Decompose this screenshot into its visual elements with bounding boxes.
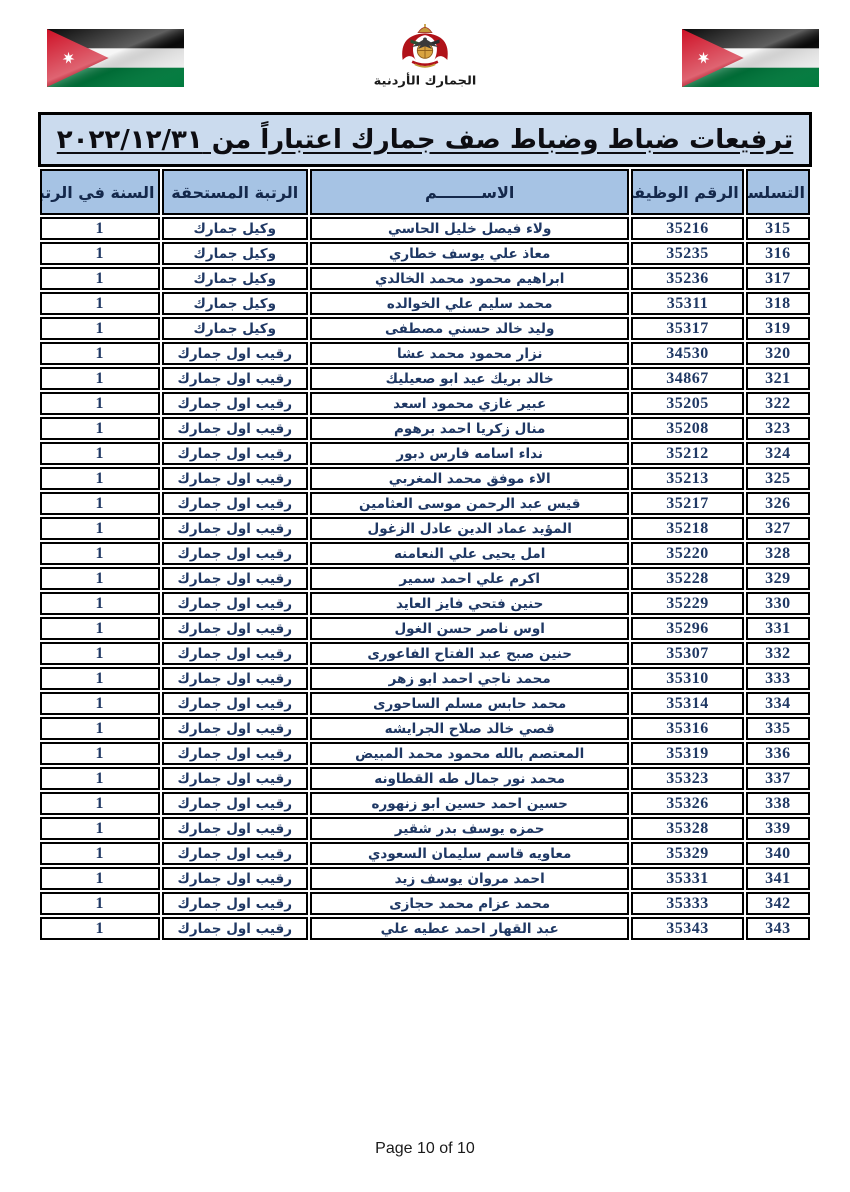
cell-serial: 333: [746, 667, 810, 690]
cell-name: ابراهيم محمود محمد الخالدي: [310, 267, 629, 290]
cell-year-in-rank: 1: [40, 867, 160, 890]
cell-rank: رقيب اول جمارك: [162, 842, 309, 865]
coat-of-arms-icon: [382, 24, 468, 72]
cell-serial: 316: [746, 242, 810, 265]
cell-rank: رقيب اول جمارك: [162, 467, 309, 490]
cell-serial: 321: [746, 367, 810, 390]
cell-employee-no: 35333: [631, 892, 743, 915]
cell-rank: رقيب اول جمارك: [162, 592, 309, 615]
cell-rank: رقيب اول جمارك: [162, 642, 309, 665]
cell-name: حمزه يوسف بدر شقير: [310, 817, 629, 840]
cell-rank: رقيب اول جمارك: [162, 342, 309, 365]
jordan-flag-right-icon: [682, 29, 819, 87]
cell-name: اكرم علي احمد سمير: [310, 567, 629, 590]
document-title: ترفيعات ضباط وضباط صف جمارك اعتباراً من …: [57, 127, 793, 153]
cell-rank: رقيب اول جمارك: [162, 867, 309, 890]
cell-name: قيس عبد الرحمن موسى العثامين: [310, 492, 629, 515]
table-row: 32034530نزار محمود محمد عشارقيب اول جمار…: [40, 342, 810, 365]
cell-year-in-rank: 1: [40, 417, 160, 440]
cell-employee-no: 35208: [631, 417, 743, 440]
cell-year-in-rank: 1: [40, 517, 160, 540]
cell-employee-no: 35316: [631, 717, 743, 740]
cell-employee-no: 35307: [631, 642, 743, 665]
cell-serial: 320: [746, 342, 810, 365]
table-row: 34235333محمد عزام محمد حجازىرقيب اول جما…: [40, 892, 810, 915]
cell-year-in-rank: 1: [40, 267, 160, 290]
cell-year-in-rank: 1: [40, 392, 160, 415]
cell-rank: رقيب اول جمارك: [162, 717, 309, 740]
cell-rank: وكيل جمارك: [162, 317, 309, 340]
cell-employee-no: 35343: [631, 917, 743, 940]
cell-year-in-rank: 1: [40, 342, 160, 365]
table-row: 33335310محمد ناجي احمد ابو زهررقيب اول ج…: [40, 667, 810, 690]
cell-name: خالد بريك عيد ابو صعيليك: [310, 367, 629, 390]
table-row: 31535216ولاء فيصل خليل الحاسيوكيل جمارك1: [40, 217, 810, 240]
cell-employee-no: 35296: [631, 617, 743, 640]
cell-employee-no: 35228: [631, 567, 743, 590]
cell-employee-no: 35311: [631, 292, 743, 315]
cell-rank: رقيب اول جمارك: [162, 367, 309, 390]
cell-employee-no: 34530: [631, 342, 743, 365]
cell-rank: رقيب اول جمارك: [162, 742, 309, 765]
cell-name: وليد خالد حسني مصطفى: [310, 317, 629, 340]
table-header-row: التسلسل الرقم الوظيفي الاســــــــم الرت…: [40, 169, 810, 215]
cell-rank: رقيب اول جمارك: [162, 692, 309, 715]
cell-year-in-rank: 1: [40, 692, 160, 715]
cell-serial: 331: [746, 617, 810, 640]
cell-employee-no: 35323: [631, 767, 743, 790]
cell-name: معاذ علي يوسف خطاري: [310, 242, 629, 265]
cell-employee-no: 35236: [631, 267, 743, 290]
table-row: 33935328حمزه يوسف بدر شقيررقيب اول جمارك…: [40, 817, 810, 840]
cell-rank: وكيل جمارك: [162, 242, 309, 265]
cell-rank: وكيل جمارك: [162, 217, 309, 240]
cell-year-in-rank: 1: [40, 667, 160, 690]
cell-name: محمد سليم علي الخوالده: [310, 292, 629, 315]
column-header-rank: الرتبة المستحقة: [162, 169, 309, 215]
cell-year-in-rank: 1: [40, 317, 160, 340]
table-row: 32435212نداء اسامه فارس دبوررقيب اول جما…: [40, 442, 810, 465]
cell-name: المعتصم بالله محمود محمد المبيض: [310, 742, 629, 765]
table-row: 33635319المعتصم بالله محمود محمد المبيضر…: [40, 742, 810, 765]
cell-name: اوس ناصر حسن الغول: [310, 617, 629, 640]
cell-name: نداء اسامه فارس دبور: [310, 442, 629, 465]
document-title-bar: ترفيعات ضباط وضباط صف جمارك اعتباراً من …: [38, 112, 812, 167]
table-row: 33535316قصي خالد صلاح الجرايشهرقيب اول ج…: [40, 717, 810, 740]
cell-serial: 325: [746, 467, 810, 490]
cell-name: ولاء فيصل خليل الحاسي: [310, 217, 629, 240]
cell-serial: 336: [746, 742, 810, 765]
table-row: 32935228اكرم علي احمد سميررقيب اول جمارك…: [40, 567, 810, 590]
cell-year-in-rank: 1: [40, 567, 160, 590]
table-row: 32134867خالد بريك عيد ابو صعيليكرقيب اول…: [40, 367, 810, 390]
cell-year-in-rank: 1: [40, 842, 160, 865]
cell-rank: رقيب اول جمارك: [162, 417, 309, 440]
cell-serial: 338: [746, 792, 810, 815]
cell-serial: 315: [746, 217, 810, 240]
cell-employee-no: 35205: [631, 392, 743, 415]
cell-rank: رقيب اول جمارك: [162, 892, 309, 915]
column-header-year: السنة في الرتبة: [40, 169, 160, 215]
column-header-serial: التسلسل: [746, 169, 810, 215]
cell-name: حنين فتحي فايز العايد: [310, 592, 629, 615]
cell-serial: 343: [746, 917, 810, 940]
cell-name: محمد حابس مسلم الساحورى: [310, 692, 629, 715]
column-header-empno: الرقم الوظيفي: [631, 169, 743, 215]
document-page: الجمارك الأردنية ترفيعات ضباط وضباط صف ج…: [0, 0, 850, 1192]
cell-year-in-rank: 1: [40, 717, 160, 740]
cell-name: محمد عزام محمد حجازى: [310, 892, 629, 915]
cell-employee-no: 35329: [631, 842, 743, 865]
table-row: 32735218المؤيد عماد الدين عادل الزغولرقي…: [40, 517, 810, 540]
table-row: 31635235معاذ علي يوسف خطاريوكيل جمارك1: [40, 242, 810, 265]
cell-year-in-rank: 1: [40, 292, 160, 315]
cell-serial: 342: [746, 892, 810, 915]
cell-employee-no: 35220: [631, 542, 743, 565]
table-row: 33135296اوس ناصر حسن الغولرقيب اول جمارك…: [40, 617, 810, 640]
cell-serial: 337: [746, 767, 810, 790]
table-row: 31735236ابراهيم محمود محمد الخالديوكيل ج…: [40, 267, 810, 290]
table-row: 33235307حنين صبح عبد الفتاح الفاعورىرقيب…: [40, 642, 810, 665]
cell-year-in-rank: 1: [40, 242, 160, 265]
cell-rank: رقيب اول جمارك: [162, 767, 309, 790]
cell-employee-no: 35328: [631, 817, 743, 840]
cell-year-in-rank: 1: [40, 617, 160, 640]
cell-year-in-rank: 1: [40, 742, 160, 765]
cell-name: المؤيد عماد الدين عادل الزغول: [310, 517, 629, 540]
cell-rank: رقيب اول جمارك: [162, 392, 309, 415]
cell-name: امل يحيى علي النعامنه: [310, 542, 629, 565]
cell-serial: 317: [746, 267, 810, 290]
table-row: 32835220امل يحيى علي النعامنهرقيب اول جم…: [40, 542, 810, 565]
cell-employee-no: 35213: [631, 467, 743, 490]
cell-serial: 334: [746, 692, 810, 715]
table-row: 33735323محمد نور جمال طه القطاونهرقيب او…: [40, 767, 810, 790]
cell-serial: 339: [746, 817, 810, 840]
table-row: 32235205عبير غازي محمود اسعدرقيب اول جما…: [40, 392, 810, 415]
cell-year-in-rank: 1: [40, 442, 160, 465]
cell-serial: 340: [746, 842, 810, 865]
cell-rank: رقيب اول جمارك: [162, 492, 309, 515]
cell-name: قصي خالد صلاح الجرايشه: [310, 717, 629, 740]
cell-employee-no: 35310: [631, 667, 743, 690]
cell-rank: رقيب اول جمارك: [162, 567, 309, 590]
promotions-table: التسلسل الرقم الوظيفي الاســــــــم الرت…: [38, 167, 812, 942]
page-footer: Page 10 of 10: [0, 1140, 850, 1158]
cell-rank: رقيب اول جمارك: [162, 442, 309, 465]
table-row: 31835311محمد سليم علي الخوالدهوكيل جمارك…: [40, 292, 810, 315]
table-row: 34135331احمد مروان يوسف زيدرقيب اول جمار…: [40, 867, 810, 890]
cell-employee-no: 34867: [631, 367, 743, 390]
table-row: 34035329معاويه قاسم سليمان السعوديرقيب ا…: [40, 842, 810, 865]
cell-serial: 332: [746, 642, 810, 665]
cell-name: حسين احمد حسين ابو زنهوره: [310, 792, 629, 815]
table-row: 32535213الاء موفق محمد المغربيرقيب اول ج…: [40, 467, 810, 490]
cell-year-in-rank: 1: [40, 792, 160, 815]
cell-employee-no: 35235: [631, 242, 743, 265]
table-row: 32335208منال زكريا احمد برهومرقيب اول جم…: [40, 417, 810, 440]
cell-name: محمد نور جمال طه القطاونه: [310, 767, 629, 790]
cell-year-in-rank: 1: [40, 642, 160, 665]
table-body: 31535216ولاء فيصل خليل الحاسيوكيل جمارك1…: [40, 217, 810, 940]
cell-name: عبير غازي محمود اسعد: [310, 392, 629, 415]
cell-serial: 329: [746, 567, 810, 590]
cell-year-in-rank: 1: [40, 592, 160, 615]
cell-rank: وكيل جمارك: [162, 292, 309, 315]
cell-employee-no: 35217: [631, 492, 743, 515]
cell-year-in-rank: 1: [40, 892, 160, 915]
cell-employee-no: 35314: [631, 692, 743, 715]
page-number-text: Page 10 of 10: [375, 1140, 475, 1157]
cell-rank: رقيب اول جمارك: [162, 817, 309, 840]
cell-employee-no: 35326: [631, 792, 743, 815]
cell-year-in-rank: 1: [40, 817, 160, 840]
cell-name: معاويه قاسم سليمان السعودي: [310, 842, 629, 865]
cell-serial: 327: [746, 517, 810, 540]
cell-serial: 322: [746, 392, 810, 415]
column-header-name: الاســــــــم: [310, 169, 629, 215]
table-row: 31935317وليد خالد حسني مصطفىوكيل جمارك1: [40, 317, 810, 340]
cell-employee-no: 35317: [631, 317, 743, 340]
cell-serial: 330: [746, 592, 810, 615]
cell-year-in-rank: 1: [40, 217, 160, 240]
cell-rank: رقيب اول جمارك: [162, 517, 309, 540]
cell-name: احمد مروان يوسف زيد: [310, 867, 629, 890]
cell-employee-no: 35229: [631, 592, 743, 615]
cell-serial: 319: [746, 317, 810, 340]
cell-serial: 328: [746, 542, 810, 565]
table-row: 33835326حسين احمد حسين ابو زنهورهرقيب او…: [40, 792, 810, 815]
cell-year-in-rank: 1: [40, 492, 160, 515]
cell-rank: وكيل جمارك: [162, 267, 309, 290]
cell-year-in-rank: 1: [40, 467, 160, 490]
cell-name: منال زكريا احمد برهوم: [310, 417, 629, 440]
cell-name: عبد القهار احمد عطيه علي: [310, 917, 629, 940]
cell-employee-no: 35319: [631, 742, 743, 765]
cell-serial: 323: [746, 417, 810, 440]
cell-serial: 326: [746, 492, 810, 515]
cell-rank: رقيب اول جمارك: [162, 667, 309, 690]
cell-year-in-rank: 1: [40, 367, 160, 390]
cell-name: محمد ناجي احمد ابو زهر: [310, 667, 629, 690]
cell-rank: رقيب اول جمارك: [162, 542, 309, 565]
cell-name: حنين صبح عبد الفتاح الفاعورى: [310, 642, 629, 665]
cell-rank: رقيب اول جمارك: [162, 917, 309, 940]
cell-year-in-rank: 1: [40, 917, 160, 940]
table-row: 34335343عبد القهار احمد عطيه عليرقيب اول…: [40, 917, 810, 940]
cell-employee-no: 35218: [631, 517, 743, 540]
cell-year-in-rank: 1: [40, 767, 160, 790]
cell-serial: 318: [746, 292, 810, 315]
cell-employee-no: 35216: [631, 217, 743, 240]
cell-serial: 341: [746, 867, 810, 890]
table-row: 33435314محمد حابس مسلم الساحورىرقيب اول …: [40, 692, 810, 715]
cell-name: نزار محمود محمد عشا: [310, 342, 629, 365]
cell-serial: 324: [746, 442, 810, 465]
cell-employee-no: 35212: [631, 442, 743, 465]
cell-name: الاء موفق محمد المغربي: [310, 467, 629, 490]
cell-rank: رقيب اول جمارك: [162, 792, 309, 815]
table-row: 33035229حنين فتحي فايز العايدرقيب اول جم…: [40, 592, 810, 615]
cell-rank: رقيب اول جمارك: [162, 617, 309, 640]
table-row: 32635217قيس عبد الرحمن موسى العثامينرقيب…: [40, 492, 810, 515]
cell-employee-no: 35331: [631, 867, 743, 890]
cell-year-in-rank: 1: [40, 542, 160, 565]
cell-serial: 335: [746, 717, 810, 740]
emblem-caption: الجمارك الأردنية: [374, 75, 477, 89]
